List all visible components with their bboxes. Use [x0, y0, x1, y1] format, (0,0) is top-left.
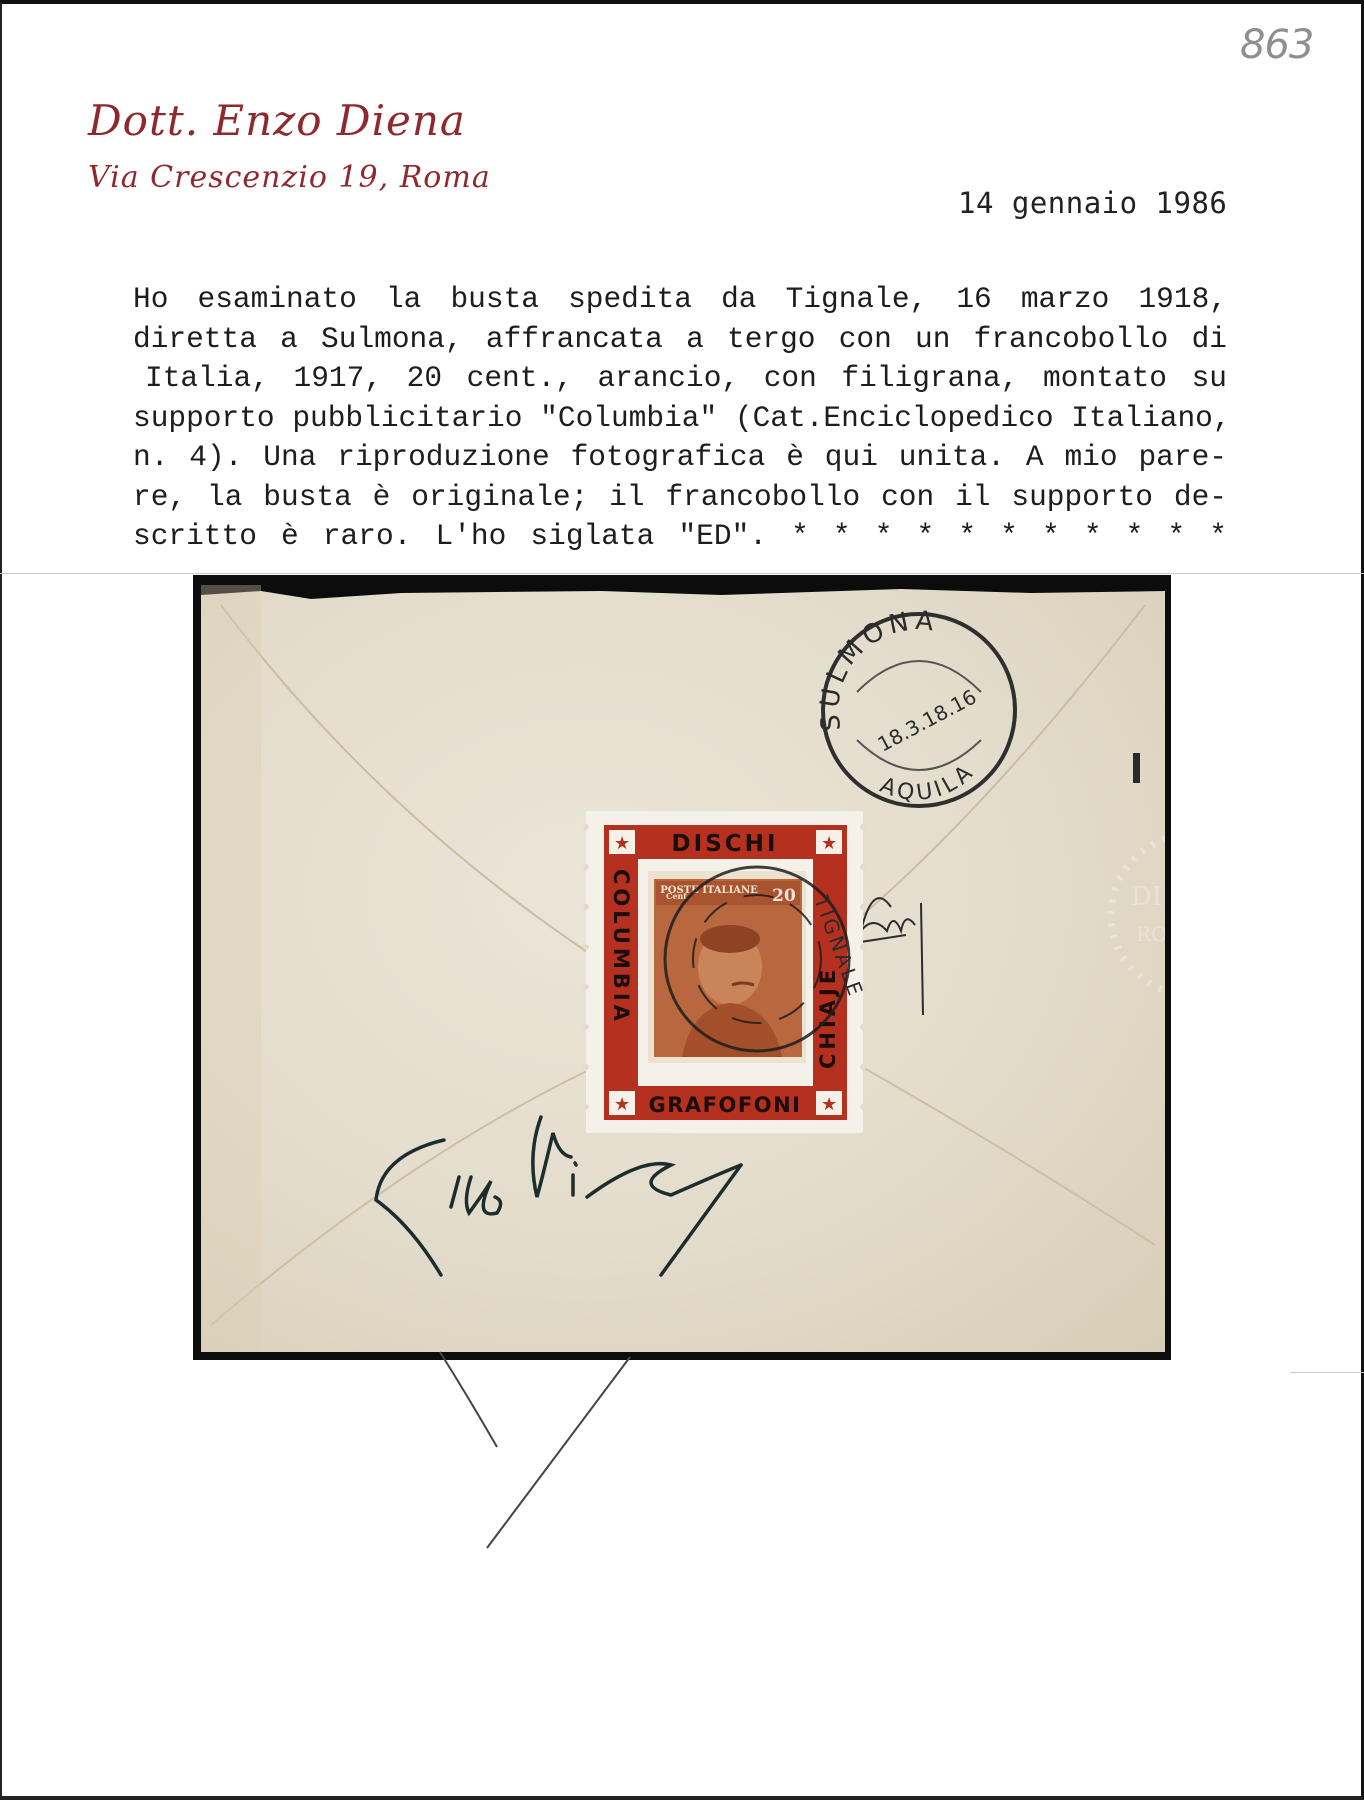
svg-text:★: ★ [614, 833, 630, 854]
stamp-value: 20 [772, 886, 796, 906]
body-line: diretta a Sulmona, affrancata a tergo co… [133, 320, 1227, 360]
fold-line-top [0, 573, 1364, 574]
letterhead-name: Dott. Enzo Diena [88, 92, 491, 150]
svg-text:★: ★ [614, 1094, 630, 1115]
envelope-back: SULMONA AQUILA 18.3.18.16 DI RO [201, 585, 1165, 1352]
svg-text:★: ★ [821, 833, 837, 854]
body-line: scritto è raro. L'ho siglata "ED". * * *… [133, 517, 1227, 557]
body-line: supporto pubblicitario "Columbia" (Cat.E… [133, 399, 1227, 439]
letterhead-address: Via Crescenzio 19, Roma [88, 156, 491, 200]
svg-text:18.3.18.16: 18.3.18.16 [874, 685, 981, 757]
body-line: Ho esaminato la busta spedita da Tignale… [133, 280, 1227, 320]
reference-number: 863 [1240, 22, 1313, 68]
svg-text:★: ★ [821, 1094, 837, 1115]
postmark-sulmona: SULMONA AQUILA 18.3.18.16 [815, 606, 1015, 806]
svg-text:Cent: Cent [666, 891, 687, 901]
letterhead: Dott. Enzo Diena Via Crescenzio 19, Roma [88, 92, 491, 200]
embossed-seal: DI RO [1111, 835, 1165, 995]
envelope-photo: SULMONA AQUILA 18.3.18.16 DI RO [193, 575, 1171, 1360]
stamp-columbia-support: ★★ ★★ DISCHI GRAFOFONI COLUMBIA CHIAJE P… [582, 807, 867, 1137]
svg-text:RO: RO [1136, 922, 1165, 946]
fold-line-bottom [1290, 1372, 1364, 1373]
certificate-body: Ho esaminato la busta spedita da Tignale… [133, 280, 1227, 557]
svg-text:AQUILA: AQUILA [876, 758, 980, 806]
body-line: n. 4). Una riproduzione fotografica è qu… [133, 438, 1227, 478]
body-line: re, la busta è originale; il francobollo… [133, 478, 1227, 518]
certificate-date: 14 gennaio 1986 [958, 186, 1227, 220]
svg-text:DI: DI [1131, 882, 1162, 912]
advert-bottom-text: GRAFOFONI [649, 1093, 802, 1117]
body-line: Italia, 1917, 20 cent., arancio, con fil… [133, 359, 1227, 399]
expert-signature [376, 1117, 741, 1275]
advert-left-text: COLUMBIA [609, 869, 633, 1025]
advert-top-text: DISCHI [672, 831, 779, 857]
